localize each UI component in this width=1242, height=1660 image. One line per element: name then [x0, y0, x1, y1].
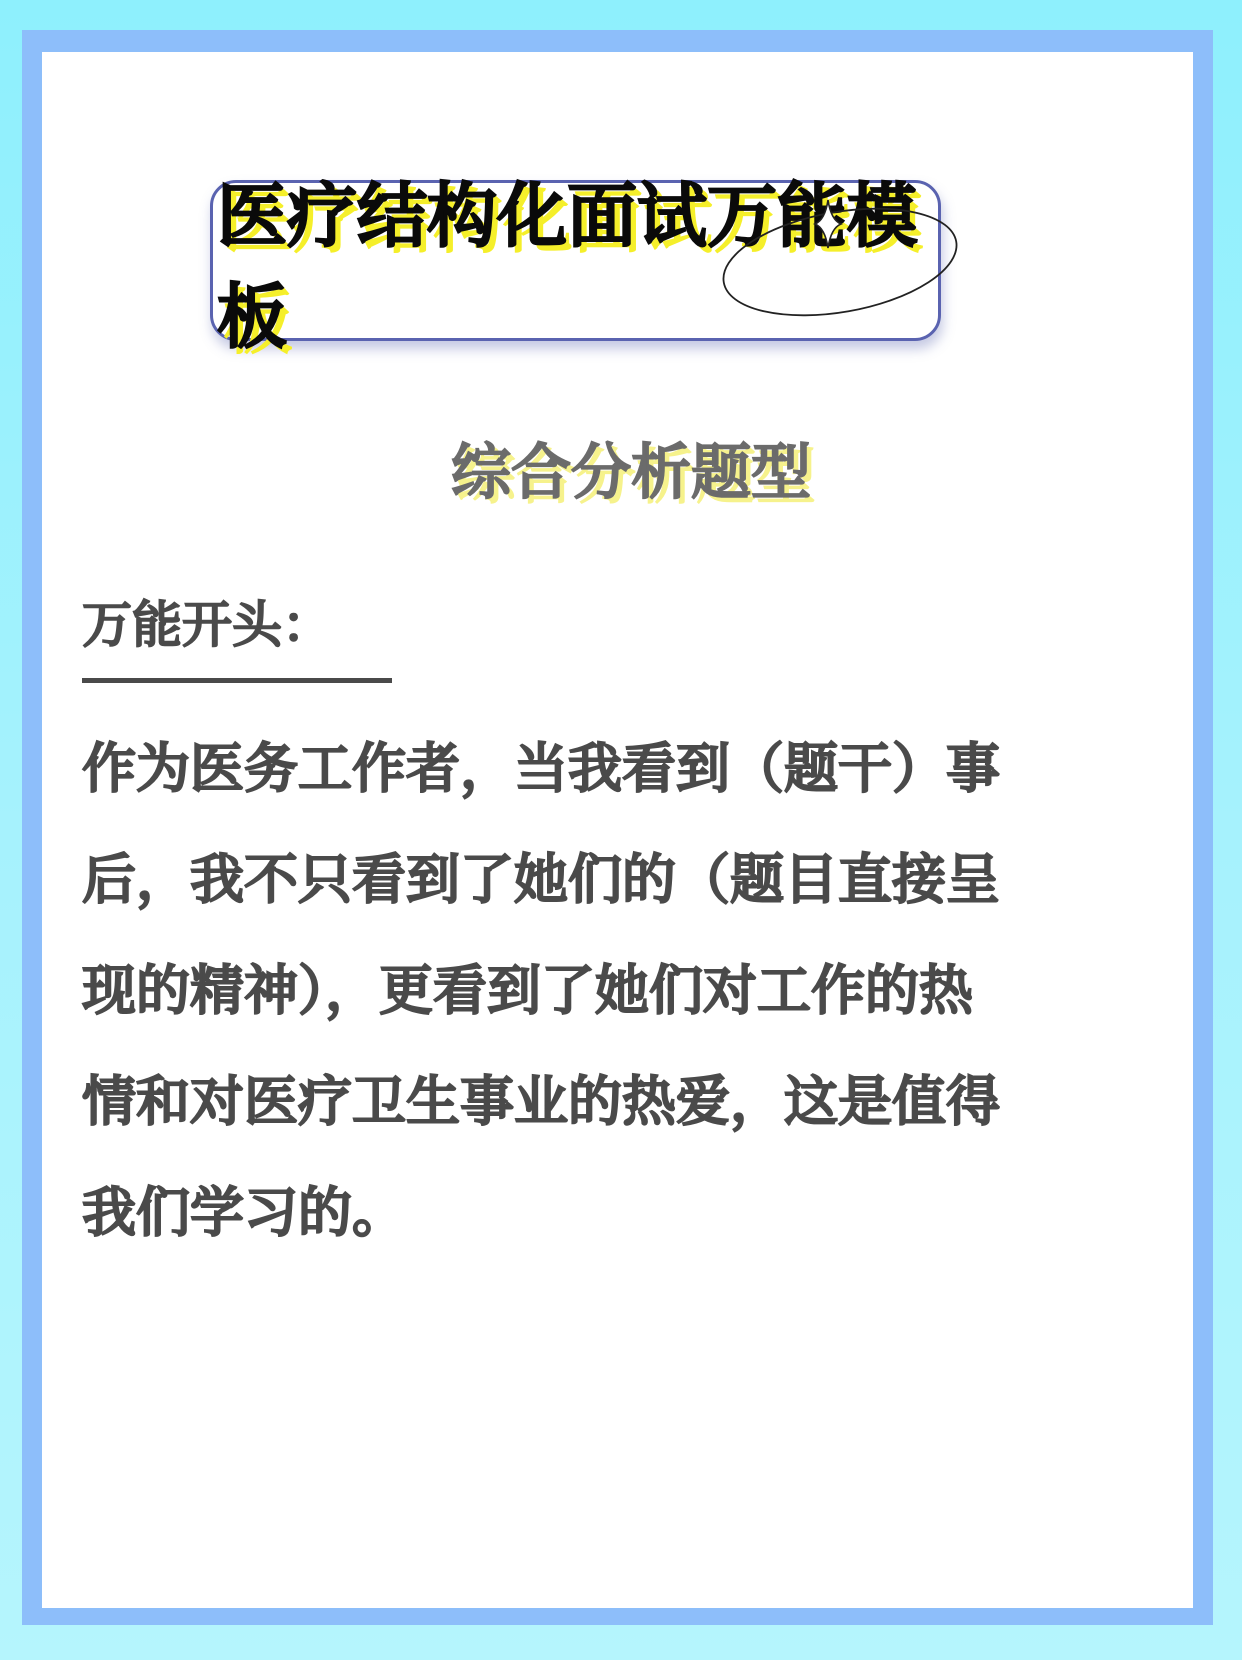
heading-underline — [82, 678, 392, 683]
body-line: 我们学习的。 — [82, 1157, 1142, 1268]
body-line: 情和对医疗卫生事业的热爱，这是值得 — [82, 1046, 1142, 1157]
body-line: 现的精神），更看到了她们对工作的热 — [82, 935, 1142, 1046]
title-card: 医疗结构化面试万能模板 — [210, 180, 941, 341]
body-line: 后，我不只看到了她们的（题目直接呈 — [82, 824, 1142, 935]
body-line: 作为医务工作者，当我看到（题干）事 — [82, 713, 1142, 824]
opening-heading: 万能开头： — [82, 585, 332, 657]
opening-template-text: 作为医务工作者，当我看到（题干）事 后，我不只看到了她们的（题目直接呈 现的精神… — [82, 713, 1142, 1268]
section-type-title: 综合分析题型 — [0, 425, 1242, 511]
page-title: 医疗结构化面试万能模板 — [213, 183, 938, 338]
